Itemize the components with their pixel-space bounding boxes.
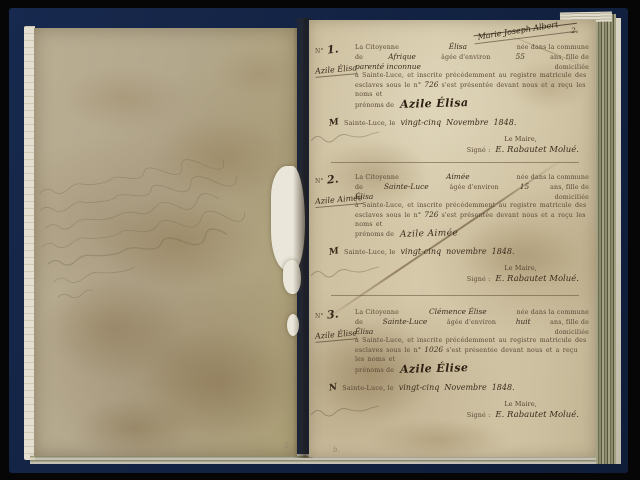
left-page: 2 — [34, 28, 297, 456]
registered-line: à Sainte-Luce, et inscrite précédemment … — [355, 72, 589, 81]
mayor-label: Le Maire, — [355, 264, 589, 272]
date-year: 1848. — [492, 247, 515, 256]
given-name: Azile Aimée — [400, 229, 458, 239]
mayor-signature: E. Rabautet Molué. — [495, 410, 579, 420]
date-day: vingt-cinq — [401, 118, 442, 127]
entry-separator — [331, 162, 579, 163]
slaves-line-pre: esclaves sous le n° — [355, 82, 421, 89]
register-entry-1: N°1. Azile Élisa La Citoyenne Élisa née … — [309, 43, 590, 155]
entry-separator — [331, 295, 579, 296]
citizen-name: Élisa — [449, 43, 467, 52]
date-line: N Sainte-Luce, le vingt-cinq Novembre 18… — [329, 383, 589, 393]
years-label: ans, fille de — [550, 184, 589, 193]
age-label: âgée d'environ — [450, 184, 499, 193]
right-fore-edge-pages — [596, 14, 616, 464]
years-label: ans, fille de — [550, 54, 589, 63]
paraph-mark: N — [328, 382, 338, 393]
entry-body: La Citoyenne Clémence Élise née dans la … — [355, 308, 589, 420]
age-label: âgée d'environ — [441, 54, 490, 63]
domiciled-label: domiciliée — [555, 64, 589, 73]
date-month: Novembre — [444, 383, 486, 392]
top-annotation: Marie Joseph Albert — [477, 15, 587, 41]
date-place: Sainte-Luce, le — [344, 119, 396, 127]
filiation: Élisa — [355, 328, 373, 337]
number-value: 1. — [326, 42, 339, 56]
birth-place: Sainte-Luce — [383, 318, 428, 327]
birth-place: Afrique — [388, 53, 416, 62]
date-place: Sainte-Luce, le — [344, 248, 396, 256]
born-label: née dans la commune — [517, 44, 589, 53]
number-label: N° — [315, 48, 324, 55]
pencil-mark-right-page: b. — [333, 446, 340, 454]
birth-place: Sainte-Luce — [384, 183, 429, 192]
margin-name: Azile Élisa — [315, 63, 358, 78]
register-number: 1026 — [424, 345, 443, 354]
number-value: 2. — [326, 172, 339, 186]
register-entry-2: N°2. Azile Aimée La Citoyenne Aimée née … — [309, 173, 590, 284]
paraph-mark: M — [328, 117, 340, 129]
date-day: vingt-cinq — [401, 247, 442, 256]
date-day: vingt-cinq — [399, 383, 440, 392]
right-page-edge-sliver — [616, 18, 621, 464]
stain — [369, 420, 509, 460]
given-name: Azile Élisa — [400, 99, 469, 110]
given-name: Azile Élise — [400, 364, 469, 375]
age-value: huit — [516, 318, 531, 327]
age-value: 55 — [516, 53, 525, 62]
stain — [64, 68, 184, 128]
date-year: 1848. — [493, 118, 516, 127]
signed-label: Signé : — [467, 275, 491, 283]
years-label: ans, fille de — [550, 319, 589, 328]
stain — [214, 48, 304, 98]
stain — [144, 328, 294, 438]
filiation: parenté inconnue — [355, 63, 421, 72]
slaves-line-pre: esclaves sous le n° — [355, 347, 421, 354]
prenoms-label: prénoms de — [355, 102, 394, 109]
signature-line: Signé : E. Rabautet Molué. — [355, 410, 589, 420]
signed-label: Signé : — [467, 146, 491, 154]
pencil-mark-left-page: 2 — [285, 442, 289, 450]
number-value: 3. — [326, 307, 339, 321]
citizen-name: Clémence Élise — [429, 308, 487, 317]
register-number: 726 — [424, 210, 438, 219]
right-page: 2. Marie Joseph Albert N°1. Azile Élisa … — [309, 20, 596, 457]
paraph-mark: M — [328, 246, 340, 258]
date-month: Novembre — [446, 118, 488, 127]
prenoms-label: prénoms de — [355, 231, 394, 238]
filiation: Élisa — [355, 193, 373, 202]
date-place: Sainte-Luce, le — [342, 384, 394, 392]
prenoms-label: prénoms de — [355, 367, 394, 374]
domiciled-label: domiciliée — [555, 194, 589, 203]
registered-line: à Sainte-Luce, et inscrite précédemment … — [355, 202, 589, 211]
number-label: N° — [315, 178, 324, 185]
entry-body: La Citoyenne Aimée née dans la commune d… — [355, 173, 589, 284]
mayor-label: Le Maire, — [355, 400, 589, 408]
margin-name: Azile Élise — [315, 328, 358, 343]
entry-body: La Citoyenne Élisa née dans la commune d… — [355, 43, 589, 155]
mayor-signature: E. Rabautet Molué. — [495, 274, 579, 284]
date-line: M Sainte-Luce, le vingt-cinq novembre 18… — [329, 247, 589, 257]
date-line: M Sainte-Luce, le vingt-cinq Novembre 18… — [329, 118, 589, 128]
mayor-label: Le Maire, — [355, 135, 589, 143]
stain — [74, 398, 194, 458]
slaves-line-pre: esclaves sous le n° — [355, 212, 421, 219]
date-year: 1848. — [492, 383, 515, 392]
age-value: 15 — [520, 183, 529, 192]
signature-line: Signé : E. Rabautet Molué. — [355, 145, 589, 155]
bleedthrough-writing — [40, 158, 290, 298]
number-label: N° — [315, 313, 324, 320]
signed-label: Signé : — [467, 411, 491, 419]
register-entry-3: N°3. Azile Élise La Citoyenne Clémence É… — [309, 308, 590, 420]
age-label: âgée d'environ — [447, 319, 496, 328]
citizen-name: Aimée — [446, 173, 469, 182]
date-month: novembre — [446, 247, 487, 256]
register-number: 726 — [424, 80, 438, 89]
signature-line: Signé : E. Rabautet Molué. — [355, 274, 589, 284]
registered-line: à Sainte-Luce, et inscrite précédemment … — [355, 337, 589, 346]
mayor-signature: E. Rabautet Molué. — [495, 145, 579, 155]
domiciled-label: domiciliée — [555, 329, 589, 338]
